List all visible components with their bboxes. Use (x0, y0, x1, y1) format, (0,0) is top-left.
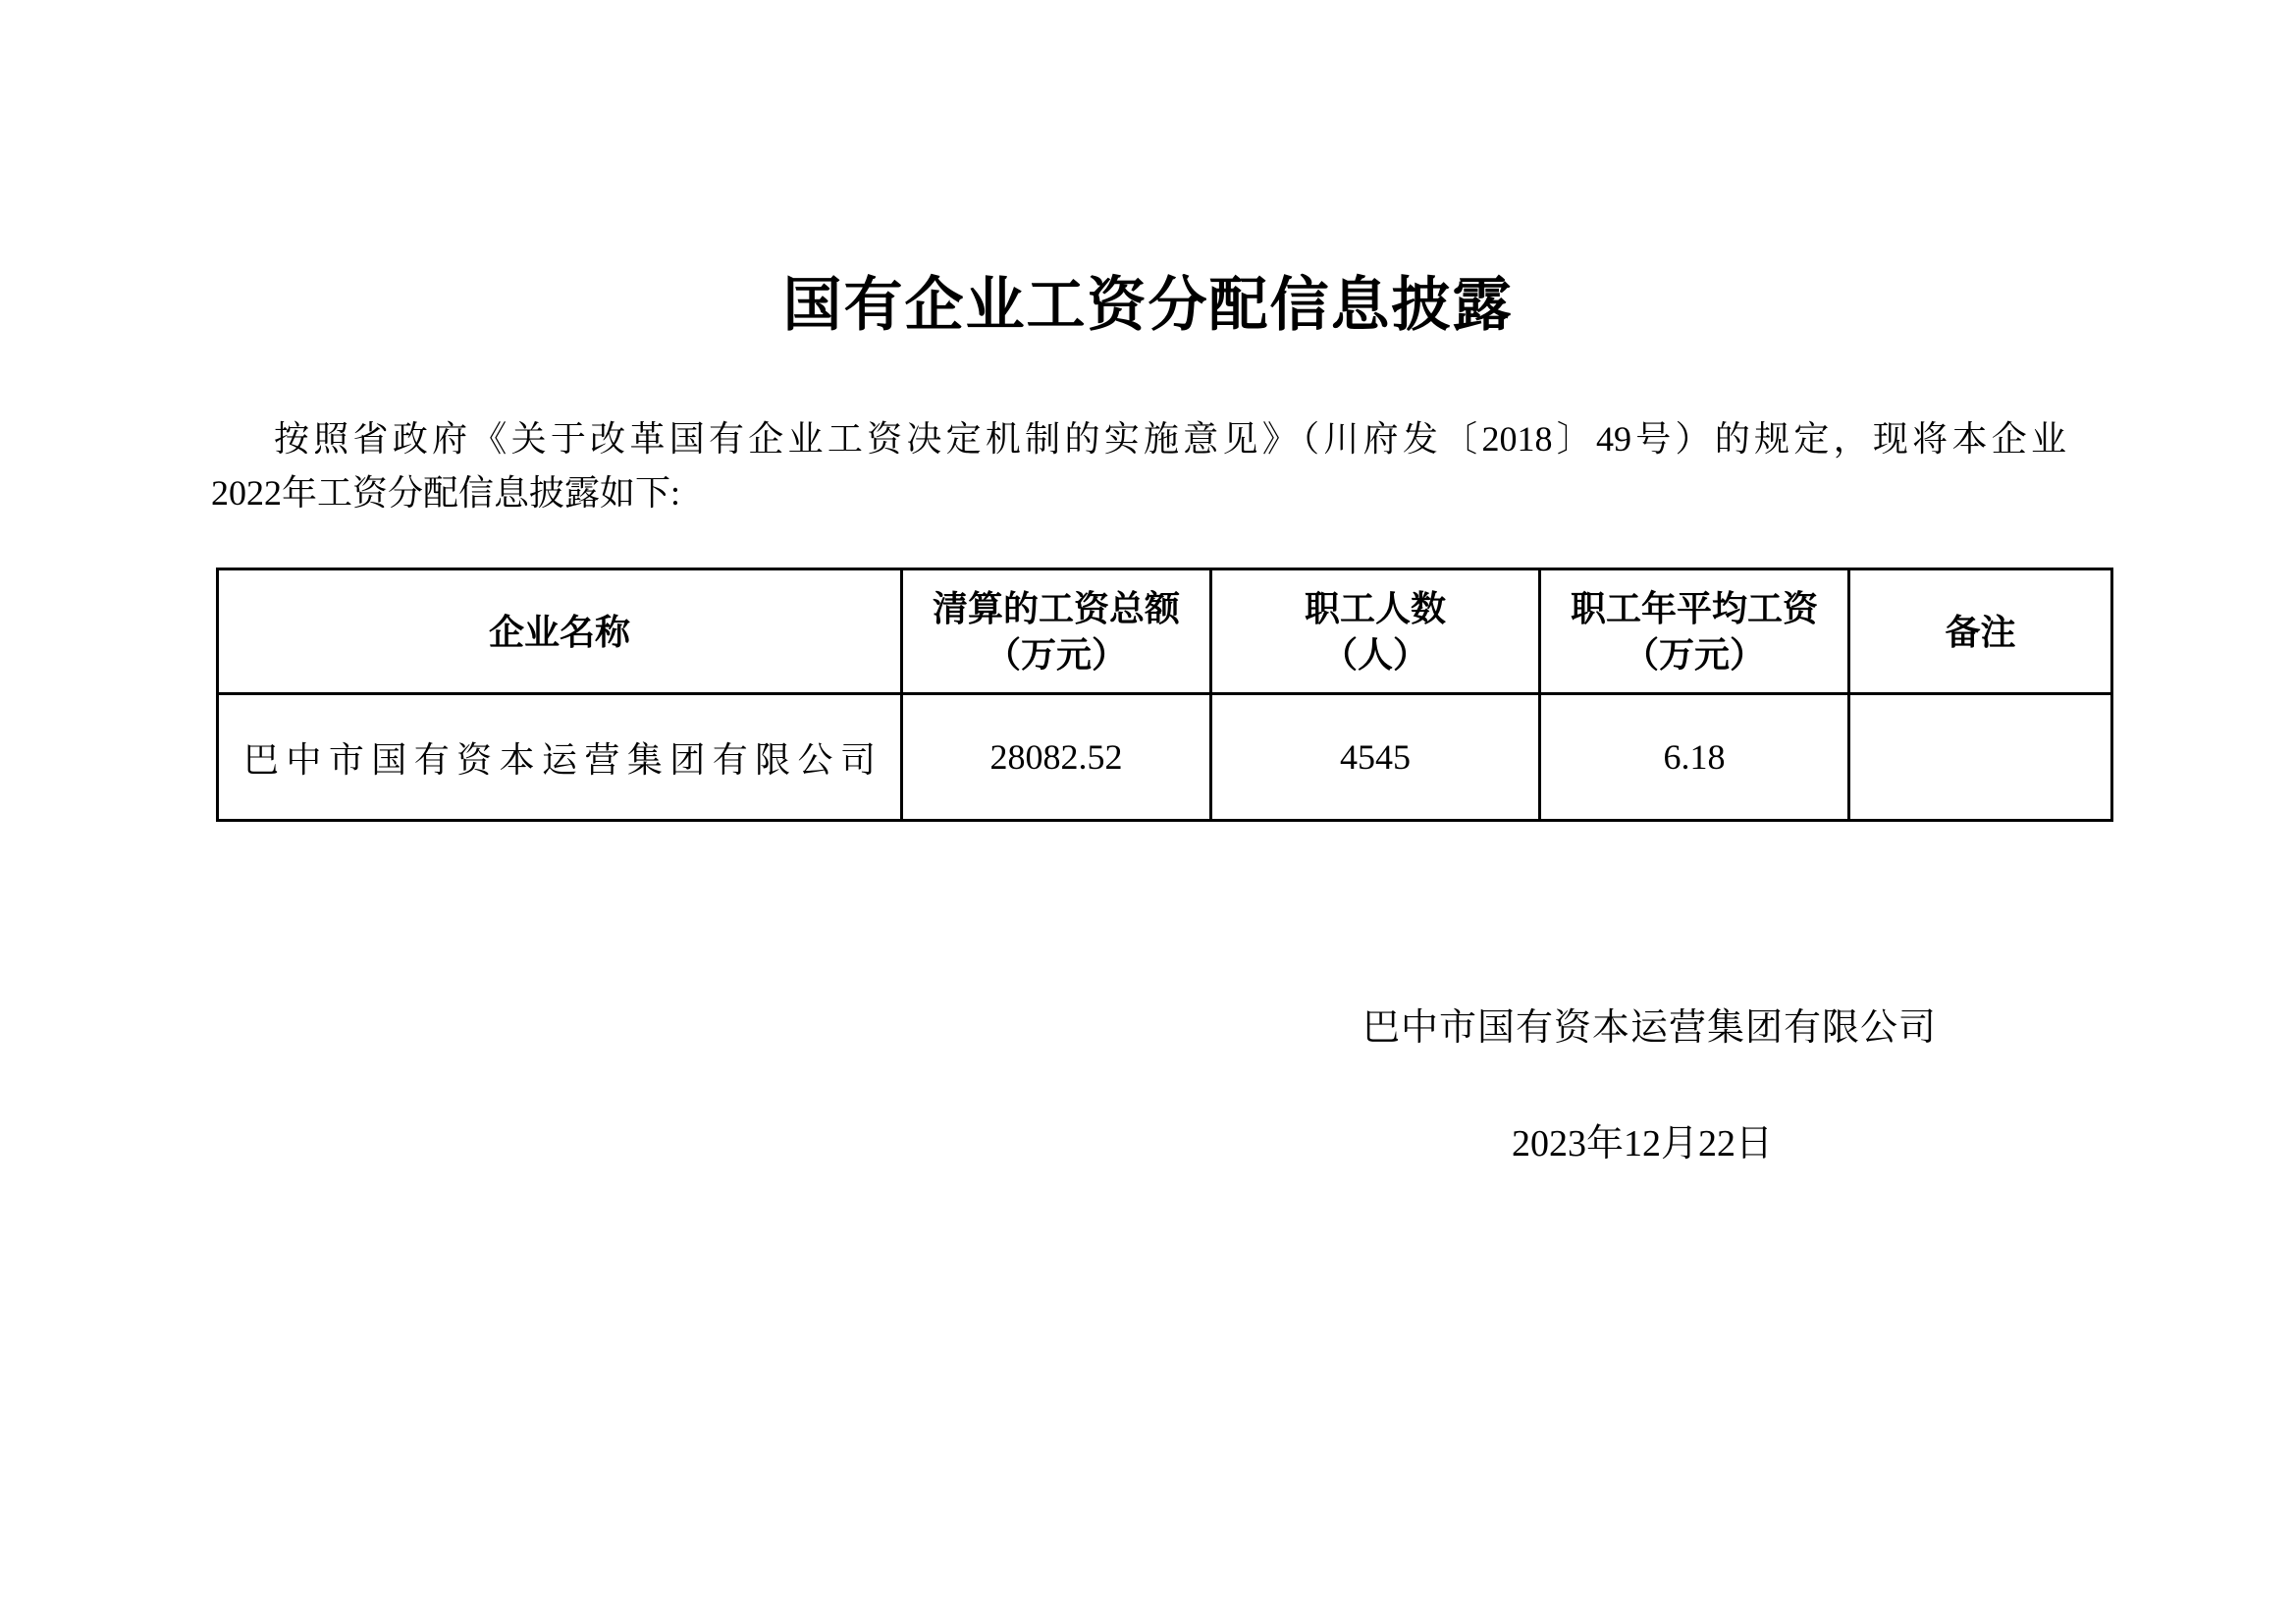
table-header-row: 企业名称 清算的工资总额 （万元） 职工人数 （人） 职工年平均工资 （万元） … (218, 569, 2112, 694)
header-cell-employee-count: 职工人数 （人） (1211, 569, 1540, 694)
cell-avg-wage: 6.18 (1540, 694, 1849, 821)
disclosure-table: 企业名称 清算的工资总额 （万元） 职工人数 （人） 职工年平均工资 （万元） … (216, 568, 2113, 822)
header-cell-company: 企业名称 (218, 569, 902, 694)
paragraph-line-2: 2022年工资分配信息披露如下: (211, 466, 2066, 520)
header-cell-avg-wage: 职工年平均工资 （万元） (1540, 569, 1849, 694)
disclosure-table-wrapper: 企业名称 清算的工资总额 （万元） 职工人数 （人） 职工年平均工资 （万元） … (216, 568, 2113, 822)
page-title: 国有企业工资分配信息披露 (0, 273, 2296, 338)
header-cell-total-wages: 清算的工资总额 （万元） (902, 569, 1211, 694)
table-row: 巴中市国有资本运营集团有限公司 28082.52 4545 6.18 (218, 694, 2112, 821)
document-page: 国有企业工资分配信息披露 按照省政府《关于改革国有企业工资决定机制的实施意见》（… (0, 0, 2296, 1624)
signature-date: 2023年12月22日 (1512, 1119, 1773, 1168)
paragraph-line-1: 按照省政府《关于改革国有企业工资决定机制的实施意见》（川府发〔2018〕49号）… (211, 412, 2066, 466)
cell-total-wages: 28082.52 (902, 694, 1211, 821)
header-cell-remark: 备注 (1849, 569, 2112, 694)
cell-company-name: 巴中市国有资本运营集团有限公司 (218, 694, 902, 821)
signature-company-name: 巴中市国有资本运营集团有限公司 (1362, 1003, 1937, 1053)
cell-remark (1849, 694, 2112, 821)
cell-employee-count: 4545 (1211, 694, 1540, 821)
intro-paragraph: 按照省政府《关于改革国有企业工资决定机制的实施意见》（川府发〔2018〕49号）… (211, 412, 2066, 520)
